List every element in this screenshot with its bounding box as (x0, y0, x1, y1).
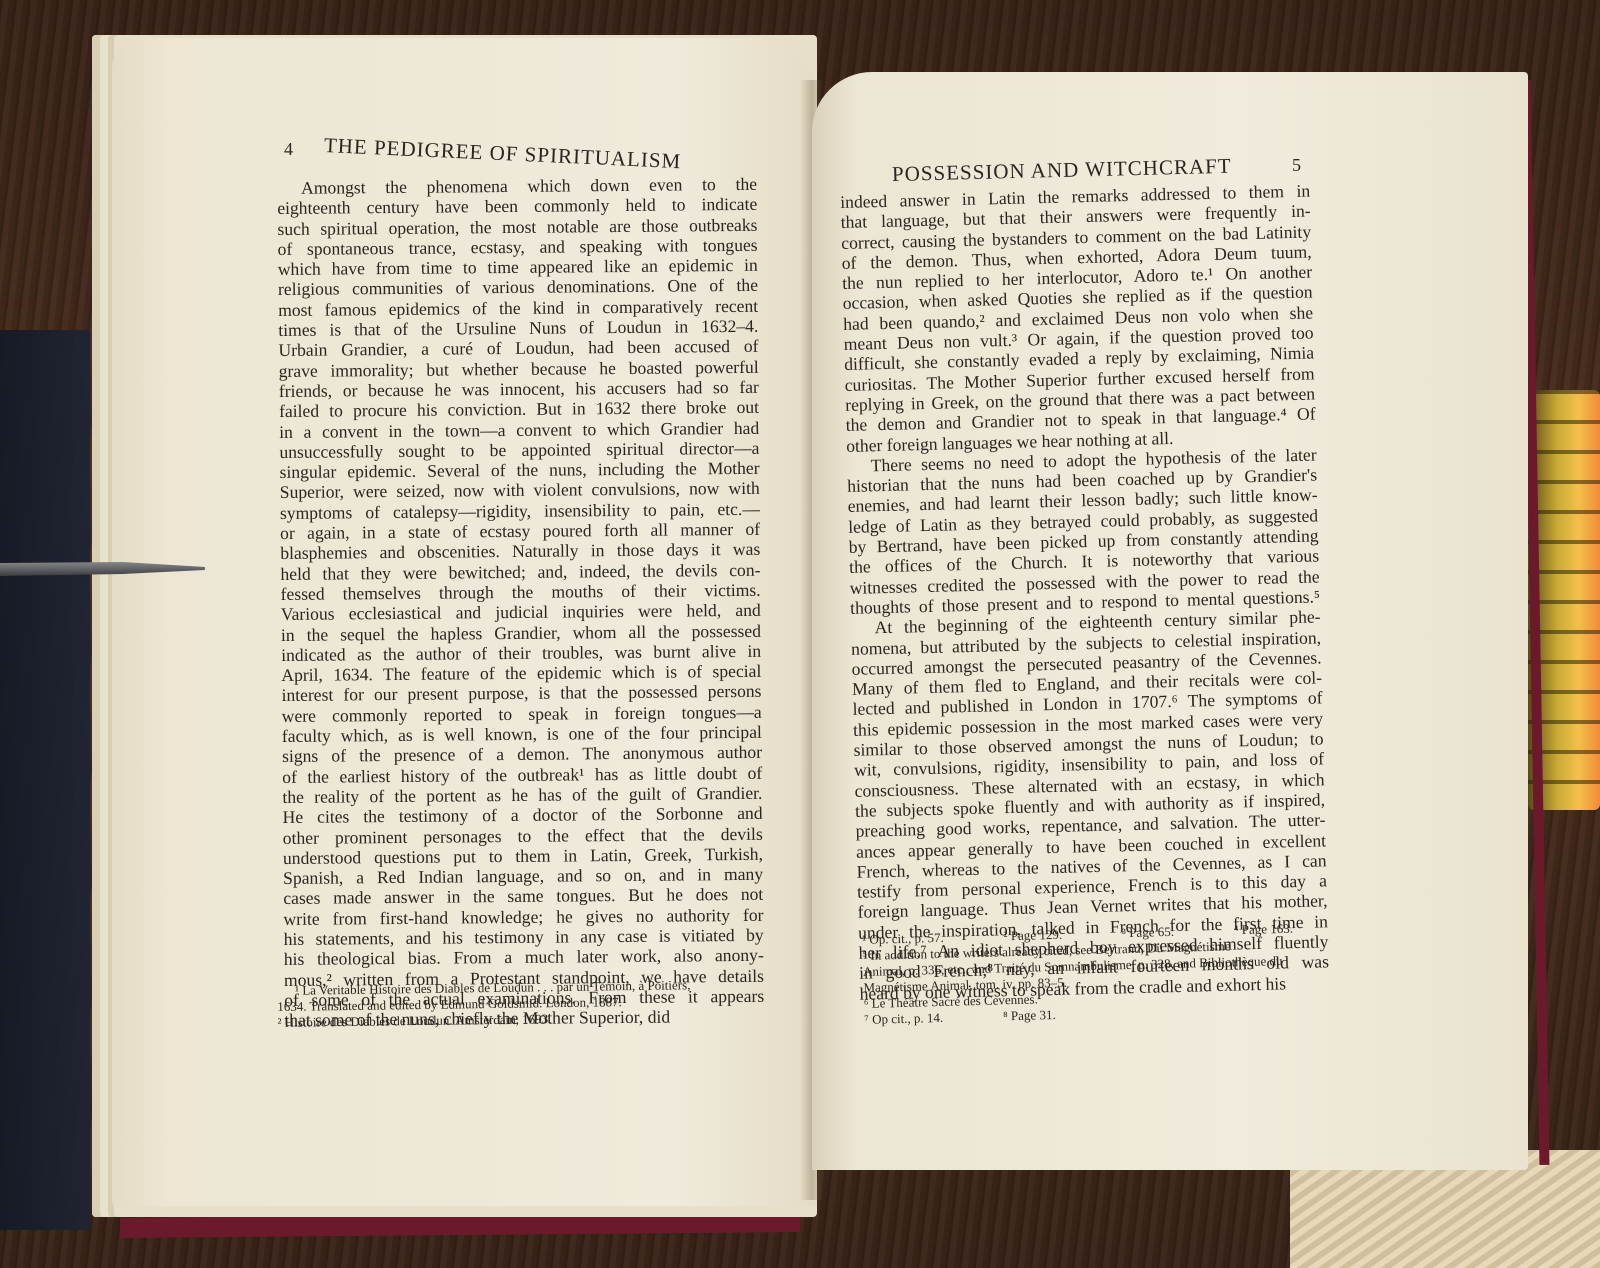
running-title-right: POSSESSION AND WITCHCRAFT (892, 154, 1232, 187)
footnote-7: ⁷ Op cit., p. 14. (864, 1010, 943, 1028)
footnote-3: ³ Page 65. (1122, 924, 1174, 941)
footnote-4: ⁴ Page 163. (1234, 921, 1293, 939)
running-title-left: THE PEDIGREE OF SPIRITUALISM (323, 133, 681, 174)
left-body-text: Amongst the phenomena which down even to… (277, 174, 764, 1031)
footnote-8: ⁸ Page 31. (1003, 1007, 1056, 1024)
right-page: POSSESSION AND WITCHCRAFT 5 indeed answe… (812, 72, 1528, 1170)
right-footnotes: ¹ Op. cit., p. 57. ² Page 129. ³ Page 65… (862, 918, 1384, 1028)
page-number-left: 4 (284, 139, 293, 160)
left-page: 4 THE PEDIGREE OF SPIRITUALISM Amongst t… (112, 38, 817, 1206)
right-body-text: indeed answer in Latin the remarks addre… (840, 181, 1330, 1004)
table-shadow (0, 330, 90, 1230)
page-number-right: 5 (1292, 155, 1301, 176)
footnote-2: ² Page 129. (1003, 927, 1062, 945)
left-footnotes: ¹ La Veritable Histoire des Diables de L… (277, 976, 798, 1031)
